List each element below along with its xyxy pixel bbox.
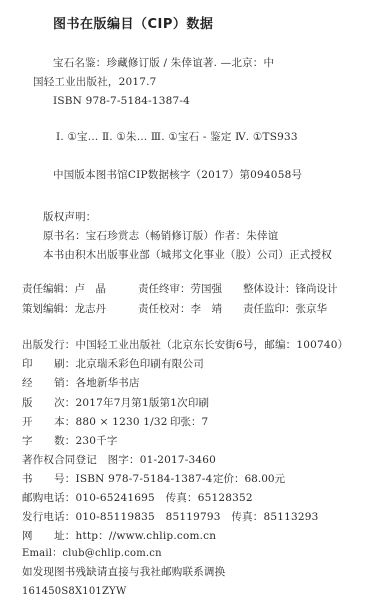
edition: 版 次：2017年7月第1版第1次印刷 — [22, 396, 209, 410]
copyright-contract: 著作权合同登记 图字：01-2017-3460 — [22, 453, 216, 467]
credit-editor: 责任编辑：卢 晶 — [22, 282, 106, 296]
copyright-heading: 版权声明： — [43, 210, 97, 224]
printer: 印 刷：北京瑞禾彩色印刷有限公司 — [22, 357, 204, 371]
credit-print-supervisor: 责任监印：张京华 — [243, 302, 327, 316]
cip-isbn: ISBN 978-7-5184-1387-4 — [53, 94, 190, 108]
cip-number: 中国版本图书馆CIP数据核字（2017）第094058号 — [53, 168, 302, 182]
cip-classification: Ⅰ. ①宝… Ⅱ. ①朱… Ⅲ. ①宝石 - 鉴定 Ⅳ. ①TS933 — [56, 130, 298, 144]
credit-design: 整体设计：锋尚设计 — [243, 282, 338, 296]
sales-phone: 发行电话：010-85119835 85119793 传真：85113293 — [22, 510, 319, 524]
credit-proofreader: 责任校对：李 靖 — [138, 302, 222, 316]
distributor: 经 销：各地新华书店 — [22, 376, 140, 390]
cip-title: 图书在版编目（CIP）数据 — [53, 18, 213, 32]
authorization: 本书由积木出版事业部（城邦文化事业（股）公司）正式授权 — [43, 248, 332, 262]
sheets: 印张：7 — [170, 415, 208, 429]
print-code: 161450S8X101ZYW — [22, 585, 126, 599]
mail-order-phone: 邮购电话：010-65241695 传真：65128352 — [22, 491, 253, 505]
price: 定价：68.00元 — [213, 472, 285, 486]
replacement-notice: 如发现图书残缺请直接与我社邮购联系调换 — [22, 565, 225, 579]
email: Email：club@chlip.com.cn — [22, 547, 162, 561]
original-title: 原书名：宝石珍赏志（畅销修订版）作者：朱倖谊 — [43, 229, 278, 243]
website: 网 址：http：//www.chlip.com.cn — [22, 529, 216, 543]
publisher: 出版发行：中国轻工业出版社（北京东长安街6号，邮编：100740） — [22, 338, 348, 352]
word-count: 字 数：230千字 — [22, 434, 118, 448]
cip-entry-line1: 宝石名鉴：珍藏修订版 / 朱倖谊著. —北京：中 — [53, 56, 274, 70]
credit-planning-editor: 策划编辑：龙志丹 — [22, 302, 106, 316]
book-number: 书 号：ISBN 978-7-5184-1387-4 — [22, 472, 213, 486]
credit-final-review: 责任终审：劳国强 — [138, 282, 222, 296]
cip-entry-line2: 国轻工业出版社，2017.7 — [33, 75, 157, 89]
format: 开 本：880 × 1230 1/32 — [22, 415, 168, 429]
